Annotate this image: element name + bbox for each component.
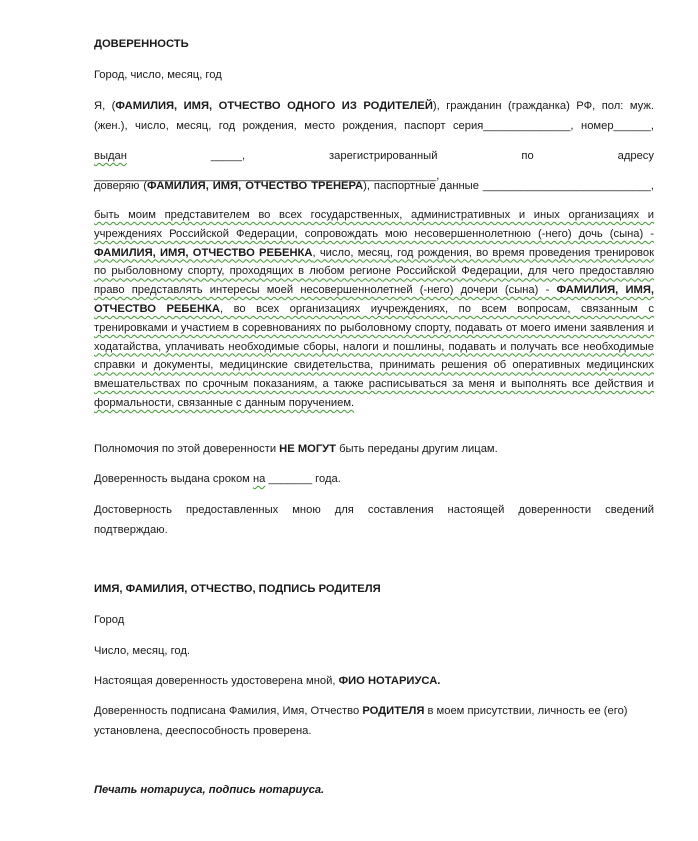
parent-name-placeholder: ФАМИЛИЯ, ИМЯ, ОТЧЕСТВО ОДНОГО ИЗ РОДИТЕЛ…	[115, 100, 432, 112]
accuracy-paragraph: Достоверность предоставленных мною для с…	[94, 500, 654, 540]
trustee-line: доверяю (ФАМИЛИЯ, ИМЯ, ОТЧЕСТВО ТРЕНЕРА)…	[94, 176, 654, 196]
child-name-placeholder: ФАМИЛИЯ, ИМЯ, ОТЧЕСТВО РЕБЕНКА	[94, 247, 312, 259]
grantor-line-1: Я, (ФАМИЛИЯ, ИМЯ, ОТЧЕСТВО ОДНОГО ИЗ РОД…	[94, 96, 654, 116]
signature-heading: ИМЯ, ФАМИЛИЯ, ОТЧЕСТВО, ПОДПИСЬ РОДИТЕЛЯ	[94, 579, 654, 599]
city-line: Город	[94, 610, 654, 630]
grantor-paragraph: Я, (ФАМИЛИЯ, ИМЯ, ОТЧЕСТВО ОДНОГО ИЗ РОД…	[94, 96, 654, 136]
date-line: Число, месяц, год.	[94, 641, 654, 661]
notary-paragraph: Настоящая доверенность удостоверена мной…	[94, 671, 654, 691]
no-transfer-paragraph: Полномочия по этой доверенности НЕ МОГУТ…	[94, 439, 654, 459]
signed-paragraph: Доверенность подписана Фамилия, Имя, Отч…	[94, 701, 639, 741]
notary-name-placeholder: ФИО НОТАРИУСА.	[339, 675, 441, 687]
grantor-line-2: (жен.), число, месяц, год рождения, мест…	[94, 116, 654, 136]
place-date-line: Город, число, месяц, год	[94, 65, 654, 85]
document-title: ДОВЕРЕННОСТЬ	[94, 34, 654, 54]
trainer-name-placeholder: ФАМИЛИЯ, ИМЯ, ОТЧЕСТВО ТРЕНЕРА	[147, 180, 363, 192]
notary-stamp-line: Печать нотариуса, подпись нотариуса.	[94, 780, 654, 800]
powers-paragraph: быть моим представителем во всех государ…	[94, 206, 654, 413]
term-paragraph: Доверенность выдана сроком на _______ го…	[94, 469, 654, 489]
